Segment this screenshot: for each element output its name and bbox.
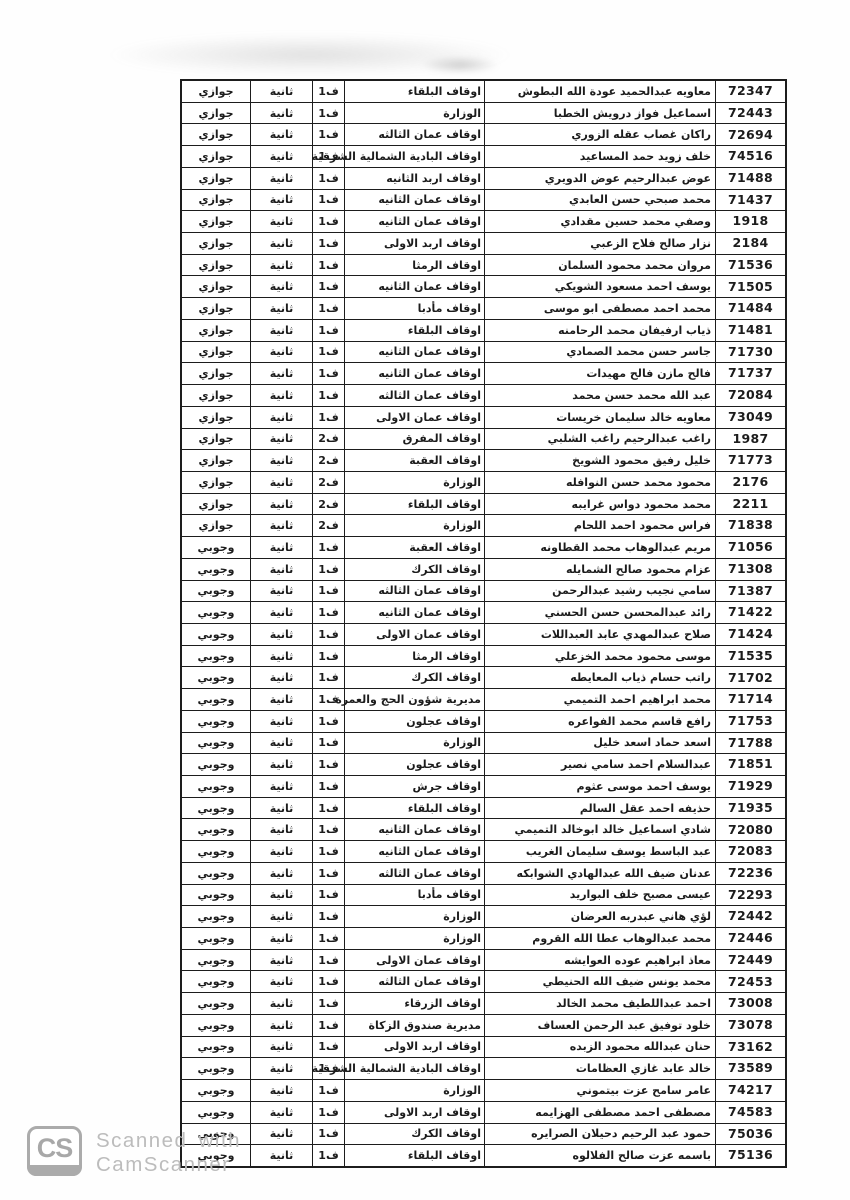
cell-exam-type: جوازي: [182, 255, 250, 276]
cell-id: 72084: [715, 385, 785, 406]
table-row: جوازيثانيةف1اوقاف اربد الثانيهعوض عبدالر…: [182, 167, 785, 189]
cell-exam-type: وجوبي: [182, 841, 250, 862]
cell-id: 72293: [715, 885, 785, 906]
cell-attempt: ثانية: [250, 863, 312, 884]
cell-directorate: الوزارة: [344, 1080, 484, 1101]
cell-name: يوسف احمد مسعود الشويكي: [484, 276, 715, 297]
cell-directorate: اوقاف اربد الاولى: [344, 1102, 484, 1123]
cell-directorate: اوقاف عمان الثانيه: [344, 363, 484, 384]
cell-exam-type: وجوبي: [182, 776, 250, 797]
cell-name: صلاح عبدالمهدي عابد العبداللات: [484, 624, 715, 645]
cell-name: سامي نجيب رشيد عبدالرحمن: [484, 581, 715, 602]
cell-exam-type: وجوبي: [182, 711, 250, 732]
cell-shift: ف1: [312, 928, 344, 949]
cell-attempt: ثانية: [250, 429, 312, 450]
cell-id: 71753: [715, 711, 785, 732]
cell-shift: ف2: [312, 515, 344, 536]
cell-directorate: اوقاف الزرقاء: [344, 993, 484, 1014]
cell-name: حنان عبدالله محمود الزبده: [484, 1037, 715, 1058]
table-row: جوازيثانيةف2اوقاف العقبةخليل رفيق محمود …: [182, 449, 785, 471]
cell-attempt: ثانية: [250, 624, 312, 645]
cell-id: 71773: [715, 450, 785, 471]
table-row: وجوبيثانيةف1اوقاف اربد الاولىمصطفى احمد …: [182, 1101, 785, 1123]
table-row: جوازيثانيةف1اوقاف البلقاءذياب ارفيفان مح…: [182, 319, 785, 341]
cell-name: رافع قاسم محمد الفواعره: [484, 711, 715, 732]
cell-id: 2176: [715, 472, 785, 493]
cell-directorate: اوقاف عمان الاولى: [344, 950, 484, 971]
cell-shift: ف1: [312, 537, 344, 558]
cell-name: يوسف احمد موسى عثوم: [484, 776, 715, 797]
cell-exam-type: جوازي: [182, 124, 250, 145]
cell-name: اسماعيل فواز درويش الخطبا: [484, 103, 715, 124]
cell-directorate: اوقاف عمان الثانيه: [344, 211, 484, 232]
cell-shift: ف1: [312, 190, 344, 211]
cell-name: خليل رفيق محمود الشويخ: [484, 450, 715, 471]
cell-directorate: اوقاف عمان الثالثه: [344, 971, 484, 992]
cell-exam-type: جوازي: [182, 494, 250, 515]
scan-smudge-shadow-dark: [420, 56, 500, 74]
camscanner-logo-icon: CS: [27, 1126, 82, 1176]
cell-directorate: الوزارة: [344, 733, 484, 754]
cell-exam-type: وجوبي: [182, 667, 250, 688]
cell-directorate: اوقاف الرمثا: [344, 646, 484, 667]
cell-exam-type: وجوبي: [182, 928, 250, 949]
cell-shift: ف1: [312, 993, 344, 1014]
cell-exam-type: وجوبي: [182, 624, 250, 645]
camscanner-logo-base: [27, 1165, 82, 1176]
table-row: وجوبيثانيةف1اوقاف جرشيوسف احمد موسى عثوم…: [182, 775, 785, 797]
table-row: وجوبيثانيةف1الوزارةعامر سامح عزت بيتموني…: [182, 1079, 785, 1101]
cell-id: 72080: [715, 819, 785, 840]
table-row: جوازيثانيةف2الوزارةفراس محمود احمد اللحا…: [182, 514, 785, 536]
cell-exam-type: جوازي: [182, 342, 250, 363]
cell-shift: ف1: [312, 168, 344, 189]
table-row: وجوبيثانيةف1اوقاف عمان الثانيهعبد الباسط…: [182, 840, 785, 862]
cell-name: عدنان ضيف الله عبدالهادي الشوابكه: [484, 863, 715, 884]
cell-name: لؤي هاني عبدربه العرضان: [484, 906, 715, 927]
cell-id: 71308: [715, 559, 785, 580]
cell-name: موسى محمود محمد الخزعلي: [484, 646, 715, 667]
cell-shift: ف2: [312, 450, 344, 471]
cell-exam-type: وجوبي: [182, 863, 250, 884]
cell-exam-type: وجوبي: [182, 581, 250, 602]
cell-name: عيسى مصبح خلف البواريد: [484, 885, 715, 906]
cell-directorate: اوقاف جرش: [344, 776, 484, 797]
cell-id: 71488: [715, 168, 785, 189]
cell-shift: ف1: [312, 733, 344, 754]
cell-name: محمد ابراهيم احمد التميمي: [484, 689, 715, 710]
table-row: وجوبيثانيةف1مديرية صندوق الزكاةخلود توفي…: [182, 1014, 785, 1036]
cell-attempt: ثانية: [250, 798, 312, 819]
cell-directorate: اوقاف عمان الثالثه: [344, 124, 484, 145]
cell-name: خالد عابد غازي العظامات: [484, 1058, 715, 1079]
cell-id: 71535: [715, 646, 785, 667]
cell-name: عوض عبدالرحيم عوض الدويري: [484, 168, 715, 189]
cell-attempt: ثانية: [250, 602, 312, 623]
cell-name: خلود توفيق عبد الرحمن العساف: [484, 1015, 715, 1036]
cell-name: وصفي محمد حسين مقدادي: [484, 211, 715, 232]
cell-attempt: ثانية: [250, 320, 312, 341]
cell-directorate: اوقاف اربد الثانيه: [344, 168, 484, 189]
cell-shift: ف1: [312, 276, 344, 297]
cell-directorate: اوقاف عمان الثالثه: [344, 385, 484, 406]
cell-attempt: ثانية: [250, 841, 312, 862]
cell-name: عبد الباسط يوسف سليمان الغريب: [484, 841, 715, 862]
cell-exam-type: وجوبي: [182, 602, 250, 623]
cell-exam-type: جوازي: [182, 276, 250, 297]
table-row: وجوبيثانيةف1اوقاف عمان الثالثهسامي نجيب …: [182, 580, 785, 602]
cell-name: راكان غصاب عقله الزوري: [484, 124, 715, 145]
cell-id: 71056: [715, 537, 785, 558]
cell-exam-type: وجوبي: [182, 754, 250, 775]
cell-directorate: اوقاف عمان الاولى: [344, 407, 484, 428]
cell-shift: ف1: [312, 798, 344, 819]
cell-exam-type: جوازي: [182, 407, 250, 428]
cell-directorate: الوزارة: [344, 515, 484, 536]
cell-name: حذيفه احمد عقل السالم: [484, 798, 715, 819]
cell-exam-type: جوازي: [182, 103, 250, 124]
table-row: وجوبيثانيةف1اوقاف عجلونعبدالسلام احمد سا…: [182, 753, 785, 775]
cell-directorate: اوقاف عمان الثالثه: [344, 863, 484, 884]
cell-attempt: ثانية: [250, 1080, 312, 1101]
cell-id: 73049: [715, 407, 785, 428]
cell-directorate: اوقاف البلقاء: [344, 494, 484, 515]
cell-name: محمد صبحي حسن العابدي: [484, 190, 715, 211]
table-row: جوازيثانيةف2اوقاف المفرقراغب عبدالرحيم ر…: [182, 428, 785, 450]
table-row: جوازيثانيةف2اوقاف البلقاءمحمد محمود دواس…: [182, 493, 785, 515]
cell-name: محمد عبدالوهاب عطا الله القروم: [484, 928, 715, 949]
cell-directorate: اوقاف اربد الاولى: [344, 1037, 484, 1058]
cell-exam-type: جوازي: [182, 450, 250, 471]
table-row: وجوبيثانيةف1اوقاف البلقاءباسمه عزت صالح …: [182, 1144, 785, 1166]
cell-exam-type: وجوبي: [182, 559, 250, 580]
cell-id: 73008: [715, 993, 785, 1014]
cell-name: مصطفى احمد مصطفى الهزايمه: [484, 1102, 715, 1123]
cell-exam-type: وجوبي: [182, 1080, 250, 1101]
cell-name: جاسر حسن محمد الصمادي: [484, 342, 715, 363]
cell-attempt: ثانية: [250, 1058, 312, 1079]
table-row: وجوبيثانيةف1الوزارةاسعد حماد اسعد خليل71…: [182, 732, 785, 754]
table-row: وجوبيثانيةف1اوقاف الكركعزام محمود صالح ا…: [182, 558, 785, 580]
cell-id: 71387: [715, 581, 785, 602]
table-row: جوازيثانيةف1اوقاف عمان الثانيهوصفي محمد …: [182, 210, 785, 232]
table-row: جوازيثانيةف1اوقاف البادية الشمالية الشرق…: [182, 145, 785, 167]
cell-directorate: اوقاف الرمثا: [344, 255, 484, 276]
cell-id: 74516: [715, 146, 785, 167]
cell-attempt: ثانية: [250, 1145, 312, 1166]
cell-directorate: اوقاف الكرك: [344, 667, 484, 688]
cell-attempt: ثانية: [250, 1015, 312, 1036]
cell-name: حمود عبد الرحيم دحيلان الصرايره: [484, 1124, 715, 1145]
cell-exam-type: جوازي: [182, 298, 250, 319]
table-row: جوازيثانيةف1الوزارةاسماعيل فواز درويش ال…: [182, 102, 785, 124]
cell-id: 71730: [715, 342, 785, 363]
cell-name: شادي اسماعيل خالد ابوخالد التميمي: [484, 819, 715, 840]
cell-attempt: ثانية: [250, 928, 312, 949]
cell-exam-type: وجوبي: [182, 537, 250, 558]
table-row: وجوبيثانيةف1اوقاف عمان الثانيهشادي اسماع…: [182, 818, 785, 840]
table-row: جوازيثانيةف1اوقاف عمان الثانيهجاسر حسن م…: [182, 341, 785, 363]
cell-id: 72347: [715, 81, 785, 102]
cell-directorate: اوقاف عمان الثالثه: [344, 581, 484, 602]
scanned-page: { "colors": { "table_border": "#1d1d1d",…: [0, 0, 850, 1200]
cell-name: مروان محمد محمود السلمان: [484, 255, 715, 276]
cell-directorate: اوقاف عمان الثانيه: [344, 276, 484, 297]
cell-directorate: اوقاف عمان الثانيه: [344, 342, 484, 363]
cell-exam-type: وجوبي: [182, 971, 250, 992]
cell-shift: ف1: [312, 906, 344, 927]
cell-directorate: اوقاف الكرك: [344, 559, 484, 580]
cell-id: 2211: [715, 494, 785, 515]
table-row: جوازيثانيةف1اوقاف الرمثامروان محمد محمود…: [182, 254, 785, 276]
cell-id: 71851: [715, 754, 785, 775]
cell-name: فالح مازن فالح مهيدات: [484, 363, 715, 384]
cell-exam-type: وجوبي: [182, 733, 250, 754]
cell-exam-type: وجوبي: [182, 906, 250, 927]
cell-id: 73078: [715, 1015, 785, 1036]
cell-attempt: ثانية: [250, 407, 312, 428]
table-row: وجوبيثانيةف1اوقاف اربد الاولىحنان عبدالل…: [182, 1036, 785, 1058]
scan-smudge-shadow: [105, 34, 515, 72]
cell-attempt: ثانية: [250, 255, 312, 276]
cell-exam-type: وجوبي: [182, 1037, 250, 1058]
cell-shift: ف1: [312, 1102, 344, 1123]
cell-exam-type: جوازي: [182, 168, 250, 189]
cell-shift: ف1: [312, 667, 344, 688]
cell-directorate: الوزارة: [344, 472, 484, 493]
cell-id: 71714: [715, 689, 785, 710]
cell-name: فراس محمود احمد اللحام: [484, 515, 715, 536]
cell-exam-type: وجوبي: [182, 993, 250, 1014]
cell-exam-type: وجوبي: [182, 1058, 250, 1079]
cell-exam-type: جوازي: [182, 429, 250, 450]
cell-attempt: ثانية: [250, 450, 312, 471]
cell-shift: ف1: [312, 103, 344, 124]
cell-name: اسعد حماد اسعد خليل: [484, 733, 715, 754]
cell-attempt: ثانية: [250, 211, 312, 232]
cell-directorate: اوقاف عمان الثانيه: [344, 190, 484, 211]
cell-shift: ف1: [312, 363, 344, 384]
cell-attempt: ثانية: [250, 385, 312, 406]
cell-attempt: ثانية: [250, 646, 312, 667]
cell-attempt: ثانية: [250, 494, 312, 515]
table-row: وجوبيثانيةف1اوقاف عمان الاولىمعاذ ابراهي…: [182, 949, 785, 971]
table-row: جوازيثانيةف1اوقاف عمان الثانيهفالح مازن …: [182, 362, 785, 384]
table-row: جوازيثانيةف1اوقاف اربد الاولىنزار صالح ف…: [182, 232, 785, 254]
cell-exam-type: وجوبي: [182, 798, 250, 819]
cell-id: 71484: [715, 298, 785, 319]
cell-id: 74217: [715, 1080, 785, 1101]
cell-exam-type: وجوبي: [182, 689, 250, 710]
cell-name: محمد محمود دواس غرايبه: [484, 494, 715, 515]
cell-shift: ف2: [312, 494, 344, 515]
cell-directorate: اوقاف الكرك: [344, 1124, 484, 1145]
cell-directorate: اوقاف البادية الشمالية الشرقية: [344, 146, 484, 167]
cell-name: عامر سامح عزت بيتموني: [484, 1080, 715, 1101]
table-row: جوازيثانيةف1اوقاف عمان الثالثهراكان غصاب…: [182, 123, 785, 145]
cell-attempt: ثانية: [250, 689, 312, 710]
roster-table: جوازيثانيةف1اوقاف البلقاءمعاويه عبدالحمي…: [180, 79, 787, 1168]
table-row: جوازيثانيةف2الوزارةمحمود محمد حسن النواف…: [182, 471, 785, 493]
cell-name: معاويه عبدالحميد عودة الله البطوش: [484, 81, 715, 102]
cell-shift: ف1: [312, 841, 344, 862]
cell-name: عزام محمود صالح الشمايله: [484, 559, 715, 580]
cell-attempt: ثانية: [250, 885, 312, 906]
cell-name: مريم عبدالوهاب محمد القطاونه: [484, 537, 715, 558]
cell-attempt: ثانية: [250, 819, 312, 840]
table-row: وجوبيثانيةف1اوقاف عمان الثالثهمحمد يونس …: [182, 970, 785, 992]
cell-name: رائد عبدالمحسن حسن الحسني: [484, 602, 715, 623]
cell-attempt: ثانية: [250, 667, 312, 688]
cell-id: 72236: [715, 863, 785, 884]
table-row: وجوبيثانيةف1مديرية شؤون الحج والعمرةمحمد…: [182, 688, 785, 710]
cell-id: 72442: [715, 906, 785, 927]
cell-id: 74583: [715, 1102, 785, 1123]
cell-shift: ف1: [312, 885, 344, 906]
cell-exam-type: جوازي: [182, 515, 250, 536]
cell-attempt: ثانية: [250, 276, 312, 297]
cell-attempt: ثانية: [250, 581, 312, 602]
cell-id: 71935: [715, 798, 785, 819]
cell-id: 71702: [715, 667, 785, 688]
cell-shift: ف1: [312, 407, 344, 428]
cell-directorate: اوقاف المفرق: [344, 429, 484, 450]
cell-directorate: الوزارة: [344, 906, 484, 927]
cell-attempt: ثانية: [250, 472, 312, 493]
cell-shift: ف1: [312, 602, 344, 623]
cell-id: 71536: [715, 255, 785, 276]
cell-exam-type: جوازي: [182, 363, 250, 384]
cell-attempt: ثانية: [250, 190, 312, 211]
table-row: وجوبيثانيةف1اوقاف الرمثاموسى محمود محمد …: [182, 645, 785, 667]
cell-directorate: اوقاف عجلون: [344, 711, 484, 732]
cell-directorate: اوقاف البلقاء: [344, 320, 484, 341]
table-row: جوازيثانيةف1اوقاف مأدبامحمد احمد مصطفى ا…: [182, 297, 785, 319]
cell-name: معاذ ابراهيم عوده العوايشه: [484, 950, 715, 971]
cell-exam-type: وجوبي: [182, 646, 250, 667]
cell-shift: ف1: [312, 711, 344, 732]
cell-shift: ف1: [312, 298, 344, 319]
table-row: وجوبيثانيةف1اوقاف عجلونرافع قاسم محمد ال…: [182, 710, 785, 732]
table-row: وجوبيثانيةف1الوزارةمحمد عبدالوهاب عطا ال…: [182, 927, 785, 949]
cell-shift: ف1: [312, 754, 344, 775]
cell-directorate: اوقاف مأدبا: [344, 885, 484, 906]
cell-name: باسمه عزت صالح الفلالوه: [484, 1145, 715, 1166]
cell-shift: ف1: [312, 320, 344, 341]
cell-directorate: اوقاف العقبة: [344, 537, 484, 558]
cell-id: 2184: [715, 233, 785, 254]
cell-id: 71424: [715, 624, 785, 645]
table-row: وجوبيثانيةف1اوقاف عمان الثالثهعدنان ضيف …: [182, 862, 785, 884]
cell-shift: ف1: [312, 646, 344, 667]
cell-shift: ف1: [312, 624, 344, 645]
cell-id: 71505: [715, 276, 785, 297]
cell-attempt: ثانية: [250, 537, 312, 558]
cell-shift: ف1: [312, 776, 344, 797]
cell-shift: ف1: [312, 559, 344, 580]
cell-id: 75136: [715, 1145, 785, 1166]
cell-directorate: اوقاف البلقاء: [344, 81, 484, 102]
cell-id: 71788: [715, 733, 785, 754]
cell-shift: ف1: [312, 1145, 344, 1166]
cell-directorate: اوقاف العقبة: [344, 450, 484, 471]
cell-id: 71481: [715, 320, 785, 341]
table-row: وجوبيثانيةف1اوقاف عمان الاولىصلاح عبدالم…: [182, 623, 785, 645]
cell-name: احمد عبداللطيف محمد الخالد: [484, 993, 715, 1014]
cell-exam-type: وجوبي: [182, 1102, 250, 1123]
cell-id: 71929: [715, 776, 785, 797]
cell-attempt: ثانية: [250, 103, 312, 124]
cell-id: 71737: [715, 363, 785, 384]
cell-attempt: ثانية: [250, 1124, 312, 1145]
cell-id: 73589: [715, 1058, 785, 1079]
cell-shift: ف1: [312, 211, 344, 232]
cell-id: 1987: [715, 429, 785, 450]
cell-id: 71437: [715, 190, 785, 211]
cell-shift: ف1: [312, 1124, 344, 1145]
cell-shift: ف1: [312, 971, 344, 992]
table-row: وجوبيثانيةف1اوقاف الزرقاءاحمد عبداللطيف …: [182, 992, 785, 1014]
cell-name: نزار صالح فلاح الزعبي: [484, 233, 715, 254]
cell-shift: ف1: [312, 81, 344, 102]
cell-attempt: ثانية: [250, 711, 312, 732]
cell-attempt: ثانية: [250, 233, 312, 254]
cell-directorate: اوقاف عمان الثانيه: [344, 841, 484, 862]
cell-exam-type: جوازي: [182, 211, 250, 232]
cell-directorate: مديرية صندوق الزكاة: [344, 1015, 484, 1036]
cell-attempt: ثانية: [250, 993, 312, 1014]
cell-attempt: ثانية: [250, 342, 312, 363]
cell-directorate: اوقاف عمان الثانيه: [344, 602, 484, 623]
cell-id: 71838: [715, 515, 785, 536]
cell-id: 72694: [715, 124, 785, 145]
cell-exam-type: جوازي: [182, 81, 250, 102]
cell-shift: ف2: [312, 429, 344, 450]
table-row: جوازيثانيةف1اوقاف عمان الثانيهيوسف احمد …: [182, 275, 785, 297]
cell-exam-type: جوازي: [182, 233, 250, 254]
cell-attempt: ثانية: [250, 733, 312, 754]
table-row: وجوبيثانيةف1اوقاف مأدباعيسى مصبح خلف الب…: [182, 884, 785, 906]
camscanner-watermark-text: Scanned with CamScanner: [96, 1129, 241, 1177]
cell-attempt: ثانية: [250, 971, 312, 992]
cell-exam-type: جوازي: [182, 320, 250, 341]
cell-exam-type: جوازي: [182, 190, 250, 211]
table-row: وجوبيثانيةف1اوقاف العقبةمريم عبدالوهاب م…: [182, 536, 785, 558]
cell-attempt: ثانية: [250, 363, 312, 384]
cell-name: عبدالسلام احمد سامي نصير: [484, 754, 715, 775]
table-row: جوازيثانيةف1اوقاف عمان الثالثهعبد الله م…: [182, 384, 785, 406]
cell-attempt: ثانية: [250, 298, 312, 319]
cell-shift: ف1: [312, 342, 344, 363]
cell-id: 72453: [715, 971, 785, 992]
cell-exam-type: وجوبي: [182, 1015, 250, 1036]
cell-name: عبد الله محمد حسن محمد: [484, 385, 715, 406]
cell-name: معاويه خالد سليمان خريسات: [484, 407, 715, 428]
cell-name: راتب حسام ذياب المعايطه: [484, 667, 715, 688]
cell-name: محمود محمد حسن النوافله: [484, 472, 715, 493]
cell-shift: ف1: [312, 581, 344, 602]
cell-shift: ف1: [312, 124, 344, 145]
cell-exam-type: وجوبي: [182, 885, 250, 906]
cell-attempt: ثانية: [250, 124, 312, 145]
table-row: جوازيثانيةف1اوقاف عمان الاولىمعاويه خالد…: [182, 406, 785, 428]
cell-name: محمد احمد مصطفى ابو موسى: [484, 298, 715, 319]
cell-shift: ف2: [312, 472, 344, 493]
table-row: وجوبيثانيةف1اوقاف البادية الشمالية الشرق…: [182, 1057, 785, 1079]
cell-directorate: مديرية شؤون الحج والعمرة: [344, 689, 484, 710]
cell-directorate: الوزارة: [344, 103, 484, 124]
cell-shift: ف1: [312, 1080, 344, 1101]
